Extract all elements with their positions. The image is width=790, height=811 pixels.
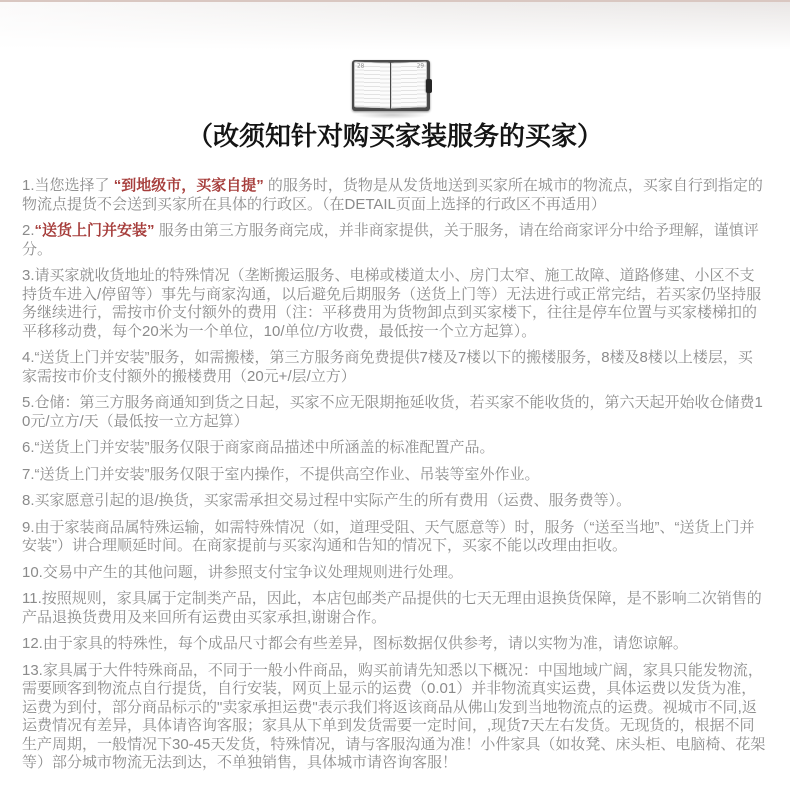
top-gradient-band [0,0,790,54]
book-left-page: 28 [354,61,390,108]
notice-text: 1.当您选择了 [22,177,114,194]
notice-text: 3.请买家就收货地址的特殊情况（垄断搬运服务、电梯或楼道太小、房门太窄、施工故障… [22,267,761,340]
notice-text: 9.由于家装商品属特殊运输，如需特殊情况（如，道理受阻、天气愿意等）时，服务（“… [22,519,755,555]
notice-text: 13.家具属于大件特殊商品，不同于一般小件商品，购买前请先知悉以下概况：中国地域… [22,662,765,772]
notice-item-4: 4.“送货上门并安装”服务，如需搬楼，第三方服务商免费提供7楼及7楼以下的搬楼服… [22,349,766,386]
notice-item-9: 9.由于家装商品属特殊运输，如需特殊情况（如，道理受阻、天气愿意等）时，服务（“… [22,519,766,556]
notice-item-1: 1.当您选择了 “到地级市，买家自提” 的服务时，货物是从发货地送到买家所在城市… [22,177,766,214]
book-right-page: 29 [391,61,427,108]
notice-item-5: 5.仓储：第三方服务商通知到货之日起，买家不应无限期拖延收货，若买家不能收货的，… [22,394,766,431]
notice-text: 11.按照规则，家具属于定制类产品，因此，本店包邮类产品提供的七天无理由退换货保… [22,590,762,626]
notice-highlight-text: “到地级市，买家自提” [114,177,264,194]
notice-text: 2. [22,222,35,239]
book-page-number-left: 28 [357,63,364,70]
notice-text: 6.“送货上门并安装”服务仅限于商家商品描述中所涵盖的标准配置产品。 [22,439,495,456]
notice-text: 4.“送货上门并安装”服务，如需搬楼，第三方服务商免费提供7楼及7楼以下的搬楼服… [22,349,753,385]
notice-text: 12.由于家具的特殊性，每个成品尺寸都会有些差异，图标数据仅供参考，请以实物为准… [22,635,688,652]
notice-item-11: 11.按照规则，家具属于定制类产品，因此，本店包邮类产品提供的七天无理由退换货保… [22,590,766,627]
notice-item-2: 2.“送货上门并安装” 服务由第三方服务商完成，并非商家提供，关于服务，请在给商… [22,222,766,259]
notice-item-12: 12.由于家具的特殊性，每个成品尺寸都会有些差异，图标数据仅供参考，请以实物为准… [22,635,766,654]
open-book-icon: 28 29 [352,60,432,114]
notice-highlight-text: “送货上门并安装” [35,222,155,239]
notice-text: 10.交易中产生的其他问题，讲参照支付宝争议处理规则进行处理。 [22,564,463,581]
notice-item-6: 6.“送货上门并安装”服务仅限于商家商品描述中所涵盖的标准配置产品。 [22,439,766,458]
page-title: （改须知针对购买家装服务的买家） [0,121,790,151]
notice-item-8: 8.买家愿意引起的退/换货，买家需承担交易过程中实际产生的所有费用（运费、服务费… [22,492,766,511]
book-shadow [355,111,429,119]
notice-item-10: 10.交易中产生的其他问题，讲参照支付宝争议处理规则进行处理。 [22,564,766,583]
book-clasp [426,79,432,93]
notice-list: 1.当您选择了 “到地级市，买家自提” 的服务时，货物是从发货地送到买家所在城市… [22,177,766,781]
notice-item-7: 7.“送货上门并安装”服务仅限于室内操作，不提供高空作业、吊装等室外作业。 [22,466,766,485]
notice-item-3: 3.请买家就收货地址的特殊情况（垄断搬运服务、电梯或楼道太小、房门太窄、施工故障… [22,267,766,341]
notice-text: 8.买家愿意引起的退/换货，买家需承担交易过程中实际产生的所有费用（运费、服务费… [22,492,631,509]
notice-item-13: 13.家具属于大件特殊商品，不同于一般小件商品，购买前请先知悉以下概况：中国地域… [22,662,766,773]
notice-text: 5.仓储：第三方服务商通知到货之日起，买家不应无限期拖延收货，若买家不能收货的，… [22,394,763,430]
notice-text: 7.“送货上门并安装”服务仅限于室内操作，不提供高空作业、吊装等室外作业。 [22,466,540,483]
book-page-number-right: 29 [417,63,424,70]
